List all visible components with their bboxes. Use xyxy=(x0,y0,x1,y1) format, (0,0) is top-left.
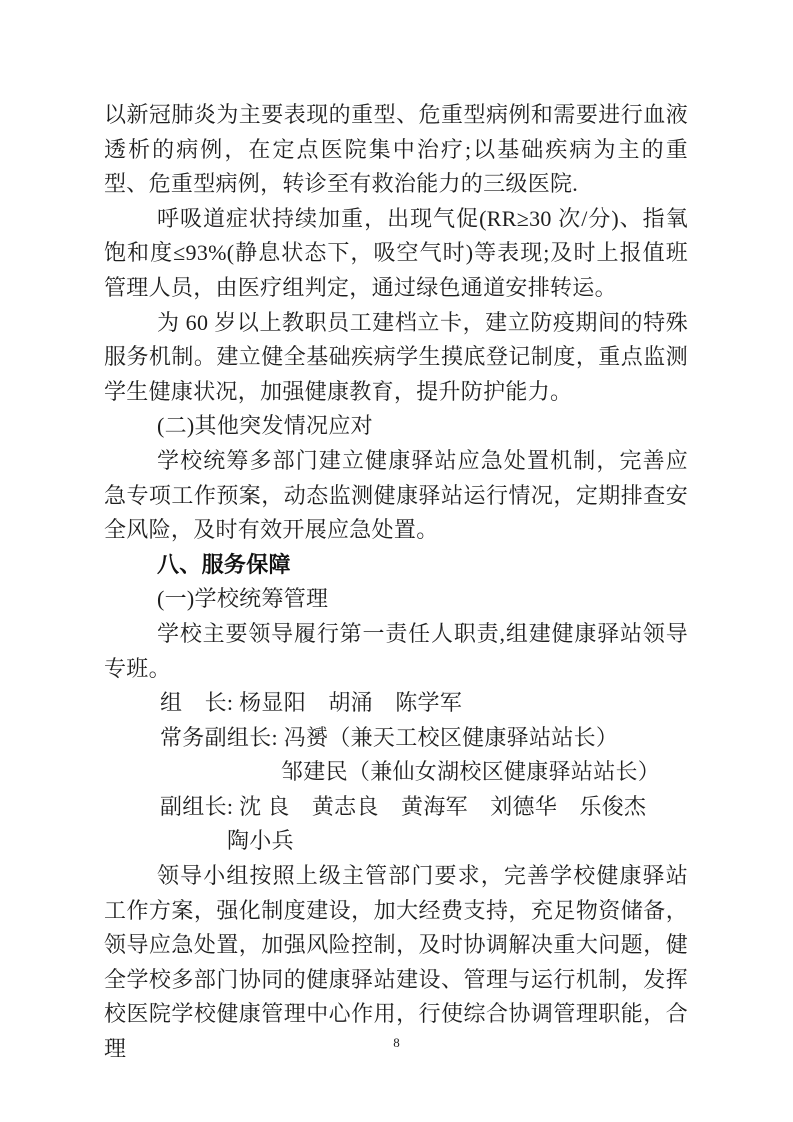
page-number: 8 xyxy=(0,1035,793,1051)
roster-group-leader: 组 长: 杨显阳 胡涌 陈学军 xyxy=(104,686,688,721)
subheading-school-management: (一)学校统筹管理 xyxy=(104,582,688,617)
paragraph-leader-duty: 学校主要领导履行第一责任人职责,组建健康驿站领导专班。 xyxy=(104,617,688,686)
heading-service-support: 八、服务保障 xyxy=(104,548,688,583)
document-page: 以新冠肺炎为主要表现的重型、危重型病例和需要进行血液透析的病例，在定点医院集中治… xyxy=(0,0,793,1122)
roster-deputy-line2: 陶小兵 xyxy=(104,824,688,859)
paragraph-elderly-staff: 为 60 岁以上教职员工建档立卡，建立防疫期间的特殊服务机制。建立健全基础疾病学… xyxy=(104,306,688,410)
paragraph-respiratory-symptoms: 呼吸道症状持续加重，出现气促(RR≥30 次/分)、指氧饱和度≤93%(静息状态… xyxy=(104,202,688,306)
roster-deputy-line1: 副组长: 沈 良 黄志良 黄海军 刘德华 乐俊杰 xyxy=(104,790,688,825)
subheading-other-emergency: (二)其他突发情况应对 xyxy=(104,409,688,444)
paragraph-severe-cases: 以新冠肺炎为主要表现的重型、危重型病例和需要进行血液透析的病例，在定点医院集中治… xyxy=(104,98,688,202)
paragraph-emergency-mechanism: 学校统筹多部门建立健康驿站应急处置机制，完善应急专项工作预案，动态监测健康驿站运… xyxy=(104,444,688,548)
document-body: 以新冠肺炎为主要表现的重型、危重型病例和需要进行血液透析的病例，在定点医院集中治… xyxy=(104,98,688,1067)
roster-executive-deputy-line2: 邹建民（兼仙女湖校区健康驿站站长） xyxy=(104,755,688,790)
roster-executive-deputy-line1: 常务副组长: 冯赟（兼天工校区健康驿站站长） xyxy=(104,721,688,756)
